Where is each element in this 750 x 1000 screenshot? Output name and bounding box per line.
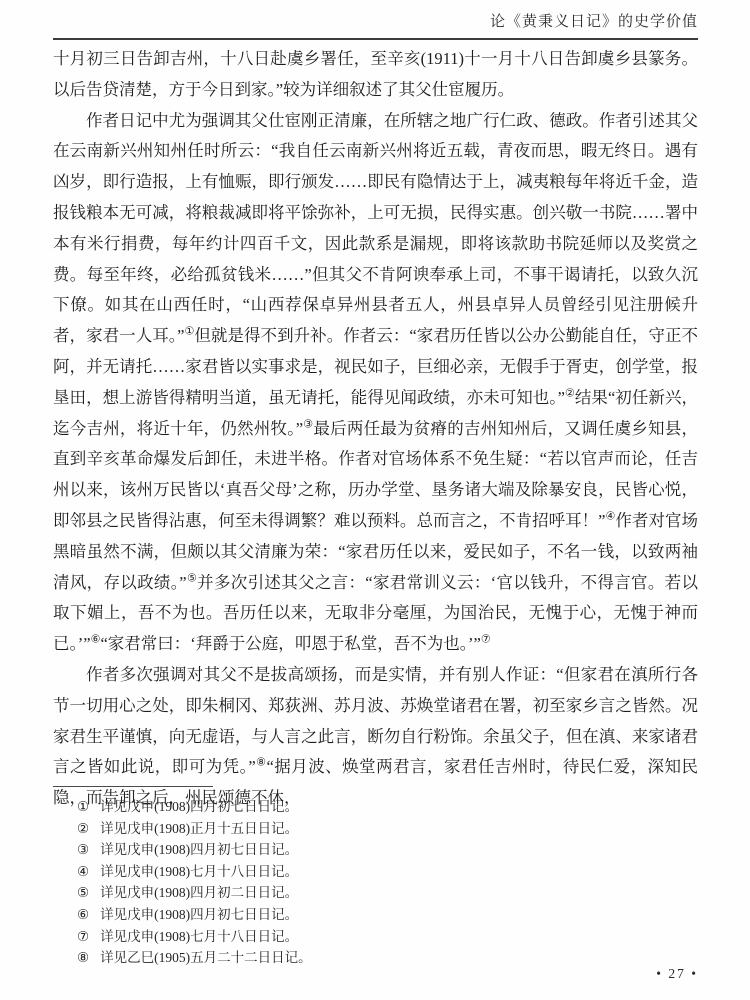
footnote-ref: ②: [565, 387, 575, 399]
footnote-area: ①详见戊申(1908)四月初七日日记。②详见戊申(1908)正月十五日日记。③详…: [53, 786, 698, 969]
footnote-marker: ⑦: [77, 926, 89, 948]
body-paragraphs: 十月初三日告卸吉州，十八日赴虞乡署任，至辛亥(1911)十一月十八日告卸虞乡县篆…: [53, 44, 698, 814]
paragraph: 作者日记中尤为强调其父仕宦刚正清廉，在所辖之地广行仁政、德政。作者引述其父在云南…: [53, 106, 698, 660]
footnote-text: 详见戊申(1908)七月十八日日记。: [100, 929, 298, 944]
footnote-ref: ⑤: [187, 572, 198, 584]
footnote-ref: ⑥: [91, 634, 101, 646]
footnote-text: 详见戊申(1908)七月十八日日记。: [100, 864, 298, 879]
footnote-item: ⑧详见乙巳(1905)五月二十二日日记。: [77, 947, 698, 969]
footnote-item: ①详见戊申(1908)四月初七日日记。: [77, 796, 698, 818]
footnote-ref: ①: [184, 326, 194, 338]
page-number: • 27 •: [656, 966, 698, 982]
footnote-marker: ①: [77, 796, 89, 818]
footnote-item: ⑥详见戊申(1908)四月初七日日记。: [77, 904, 698, 926]
footnote-marker: ④: [77, 861, 89, 883]
footnote-item: ③详见戊申(1908)四月初七日日记。: [77, 839, 698, 861]
header-rule: [53, 38, 698, 40]
footnote-text: 详见戊申(1908)四月初二日日记。: [100, 885, 298, 900]
footnote-separator-rule: [53, 786, 213, 787]
footnote-marker: ②: [77, 818, 89, 840]
footnote-ref: ③: [303, 418, 313, 430]
footnote-item: ④详见戊申(1908)七月十八日日记。: [77, 861, 698, 883]
paragraph: 十月初三日告卸吉州，十八日赴虞乡署任，至辛亥(1911)十一月十八日告卸虞乡县篆…: [53, 44, 698, 106]
footnote-item: ⑦详见戊申(1908)七月十八日日记。: [77, 926, 698, 948]
footnote-ref: ⑧: [256, 757, 267, 769]
footnote-item: ⑤详见戊申(1908)四月初二日日记。: [77, 882, 698, 904]
paper-page: 论《黄秉义日记》的史学价值 十月初三日告卸吉州，十八日赴虞乡署任，至辛亥(191…: [0, 0, 750, 1000]
footnote-marker: ⑥: [77, 904, 89, 926]
running-header: 论《黄秉义日记》的史学价值: [53, 0, 698, 40]
footnote-marker: ⑧: [77, 947, 89, 969]
footnote-item: ②详见戊申(1908)正月十五日日记。: [77, 818, 698, 840]
footnote-marker: ③: [77, 839, 89, 861]
footnote-ref: ⑦: [481, 634, 491, 646]
footnote-text: 详见戊申(1908)四月初七日日记。: [100, 907, 298, 922]
footnote-text: 详见戊申(1908)正月十五日日记。: [100, 821, 298, 836]
running-header-title: 论《黄秉义日记》的史学价值: [53, 0, 698, 38]
footnote-marker: ⑤: [77, 882, 89, 904]
footnote-ref: ④: [606, 510, 616, 522]
footnote-text: 详见乙巳(1905)五月二十二日日记。: [100, 950, 312, 965]
footnote-list: ①详见戊申(1908)四月初七日日记。②详见戊申(1908)正月十五日日记。③详…: [53, 796, 698, 969]
footnote-text: 详见戊申(1908)四月初七日日记。: [100, 799, 298, 814]
footnote-text: 详见戊申(1908)四月初七日日记。: [100, 842, 298, 857]
